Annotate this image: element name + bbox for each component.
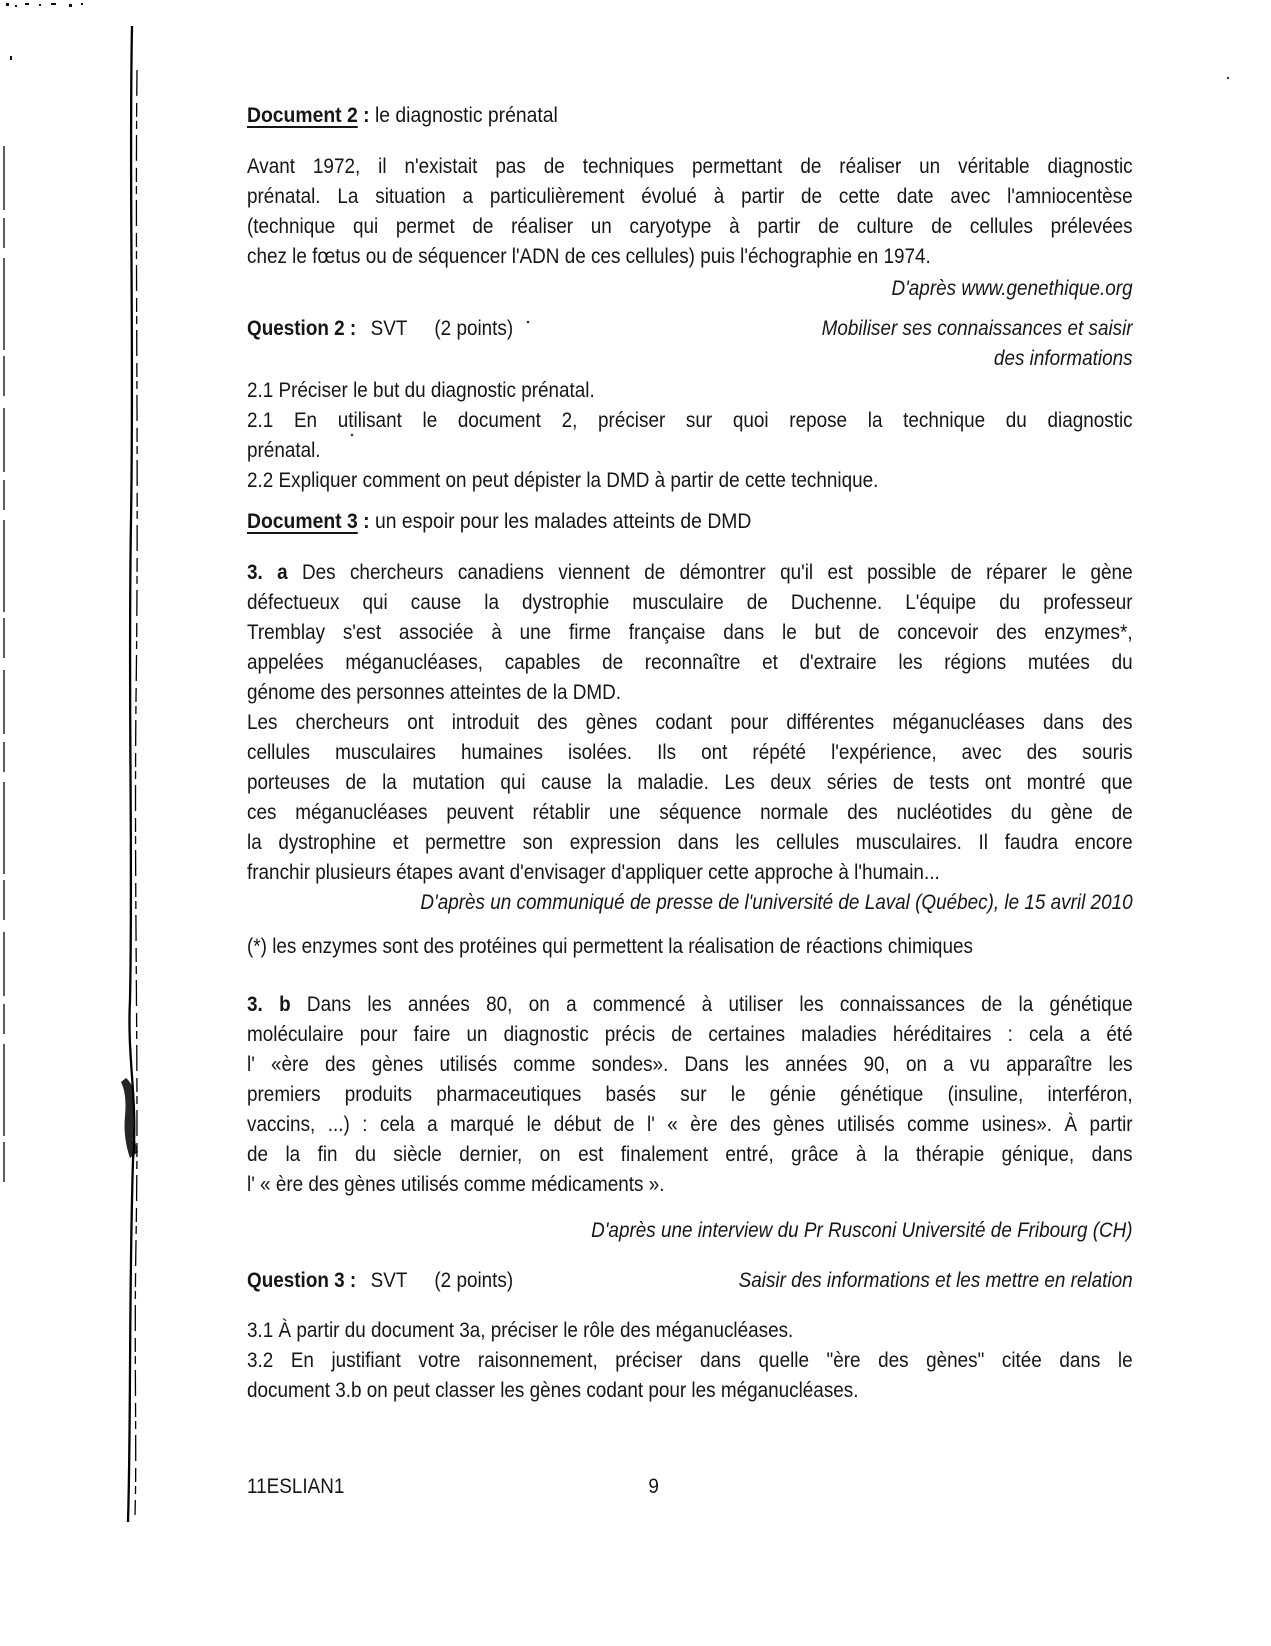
- para-a-lines: défectueux qui cause la dystrophie muscu…: [247, 588, 1133, 708]
- question-item: 3.2 En justifiant votre raisonnement, pr…: [247, 1346, 1133, 1406]
- document3-source: D'après un communiqué de presse de l'uni…: [247, 888, 1133, 918]
- question2-skill: Mobiliser ses connaissances et saisirdes…: [531, 314, 1132, 374]
- question3-subject: SVT: [371, 1266, 408, 1296]
- document3-para-a: 3. a Des chercheurs canadiens viennent d…: [247, 558, 1133, 888]
- text-line: prénatal. La situation a particulièremen…: [247, 182, 1133, 212]
- document3-heading-text: un espoir pour les malades atteints de D…: [375, 509, 751, 533]
- document3-source-b: D'après une interview du Pr Rusconi Univ…: [247, 1216, 1133, 1246]
- exam-page: Document 2 : le diagnostic prénatal Avan…: [0, 0, 1271, 1646]
- text-line: document 3.b on peut classer les gènes c…: [247, 1376, 1133, 1406]
- text-line: l' «ère des gènes utilisés comme sondes»…: [247, 1050, 1133, 1080]
- page-footer: 11ESLIAN1 9: [247, 1472, 1133, 1502]
- question3-points: (2 points): [434, 1266, 513, 1296]
- question3-label: Question 3 :: [247, 1266, 356, 1296]
- top-left-specks: [6, 3, 83, 60]
- document2-heading-sep: :: [358, 103, 375, 127]
- text-line: cellules musculaires humaines isolées. I…: [247, 738, 1133, 768]
- text-line: premiers produits pharmaceutiques basés …: [247, 1080, 1133, 1110]
- para-b-first-text: Dans les années 80, on a commencé à util…: [291, 993, 1133, 1016]
- document2-body: Avant 1972, il n'existait pas de techniq…: [247, 152, 1133, 272]
- text-line: vaccins, ...) : cela a marqué le début d…: [247, 1110, 1133, 1140]
- question-item: 2.1 En utilisant le document 2, préciser…: [247, 406, 1133, 466]
- text-line: porteuses de la mutation qui cause la ma…: [247, 768, 1133, 798]
- text-line: 3.2 En justifiant votre raisonnement, pr…: [247, 1346, 1133, 1376]
- text-line: la dystrophine et permettre son expressi…: [247, 828, 1133, 858]
- text-line: défectueux qui cause la dystrophie muscu…: [247, 588, 1133, 618]
- document-content: Document 2 : le diagnostic prénatal Avan…: [247, 0, 1133, 1502]
- question3-skill: Saisir des informations et les mettre en…: [531, 1266, 1132, 1296]
- document3-para-b: 3. b Dans les années 80, on a commencé à…: [247, 990, 1133, 1200]
- text-line: 2.1 Préciser le but du diagnostic prénat…: [247, 376, 1133, 406]
- text-line: l' « ère des gènes utilisés comme médica…: [247, 1170, 1133, 1200]
- para-a-number: 3. a: [247, 561, 288, 584]
- question3-header: Question 3 : SVT (2 points) Saisir des i…: [247, 1266, 1133, 1296]
- text-line: ces méganucléases peuvent rétablir une s…: [247, 798, 1133, 828]
- text-line: franchir plusieurs étapes avant d'envisa…: [247, 858, 1133, 888]
- binding-blob-artifact: [121, 1078, 138, 1158]
- text-line: 3. b Dans les années 80, on a commencé à…: [247, 990, 1133, 1020]
- document3-heading: Document 3 : un espoir pour les malades …: [247, 506, 1133, 536]
- question2-points: (2 points): [434, 314, 513, 344]
- question3-items: 3.1 À partir du document 3a, préciser le…: [247, 1316, 1133, 1406]
- document3-heading-sep: :: [358, 509, 375, 533]
- text-line: 3. a Des chercheurs canadiens viennent d…: [247, 558, 1133, 588]
- para-a-cont-lines: Les chercheurs ont introduit des gènes c…: [247, 708, 1133, 888]
- question-item: 3.1 À partir du document 3a, préciser le…: [247, 1316, 1133, 1346]
- question2-items: 2.1 Préciser le but du diagnostic prénat…: [247, 376, 1133, 496]
- binding-line-artifact: [128, 26, 134, 1522]
- document2-source: D'après www.genethique.org: [247, 274, 1133, 304]
- text-line: Tremblay s'est associée à une firme fran…: [247, 618, 1133, 648]
- exam-code: 11ESLIAN1: [247, 1475, 344, 1498]
- para-b-firstline-wrap: 3. b Dans les années 80, on a commencé à…: [247, 990, 1133, 1020]
- document2-heading-text: le diagnostic prénatal: [375, 103, 558, 127]
- document2-heading: Document 2 : le diagnostic prénatal: [247, 100, 1133, 130]
- page-number: 9: [648, 1472, 659, 1502]
- text-line: 2.1 En utilisant le document 2, préciser…: [247, 406, 1133, 436]
- para-a-firstline-wrap: 3. a Des chercheurs canadiens viennent d…: [247, 558, 1133, 588]
- text-line: Les chercheurs ont introduit des gènes c…: [247, 708, 1133, 738]
- document3-heading-label: Document 3: [247, 509, 358, 533]
- text-line: Avant 1972, il n'existait pas de techniq…: [247, 152, 1133, 182]
- text-line: des informations: [531, 344, 1132, 374]
- binding-line-artifact-2: [135, 70, 137, 1515]
- text-line: Saisir des informations et les mettre en…: [531, 1266, 1132, 1296]
- text-line: prénatal.: [247, 436, 1133, 466]
- question2-header: Question 2 : SVT (2 points) Mobiliser se…: [247, 314, 1133, 374]
- para-a-first-text: Des chercheurs canadiens viennent de dém…: [288, 561, 1133, 584]
- question-item: 2.1 Préciser le but du diagnostic prénat…: [247, 376, 1133, 406]
- question2-subject: SVT: [371, 314, 408, 344]
- text-line: Mobiliser ses connaissances et saisir: [531, 314, 1132, 344]
- text-line: de la fin du siècle dernier, on est fina…: [247, 1140, 1133, 1170]
- para-b-number: 3. b: [247, 993, 291, 1016]
- text-line: 2.2 Expliquer comment on peut dépister l…: [247, 466, 1133, 496]
- text-line: 3.1 À partir du document 3a, préciser le…: [247, 1316, 1133, 1346]
- text-line: chez le fœtus ou de séquencer l'ADN de c…: [247, 242, 1133, 272]
- enzymes-footnote: (*) les enzymes sont des protéines qui p…: [247, 932, 1133, 962]
- question2-label: Question 2 :: [247, 314, 356, 344]
- question-item: 2.2 Expliquer comment on peut dépister l…: [247, 466, 1133, 496]
- document2-heading-label: Document 2: [247, 103, 358, 127]
- text-line: génome des personnes atteintes de la DMD…: [247, 678, 1133, 708]
- text-line: (technique qui permet de réaliser un car…: [247, 212, 1133, 242]
- text-line: appelées méganucléases, capables de reco…: [247, 648, 1133, 678]
- para-b-lines: moléculaire pour faire un diagnostic pré…: [247, 1020, 1133, 1200]
- text-line: moléculaire pour faire un diagnostic pré…: [247, 1020, 1133, 1050]
